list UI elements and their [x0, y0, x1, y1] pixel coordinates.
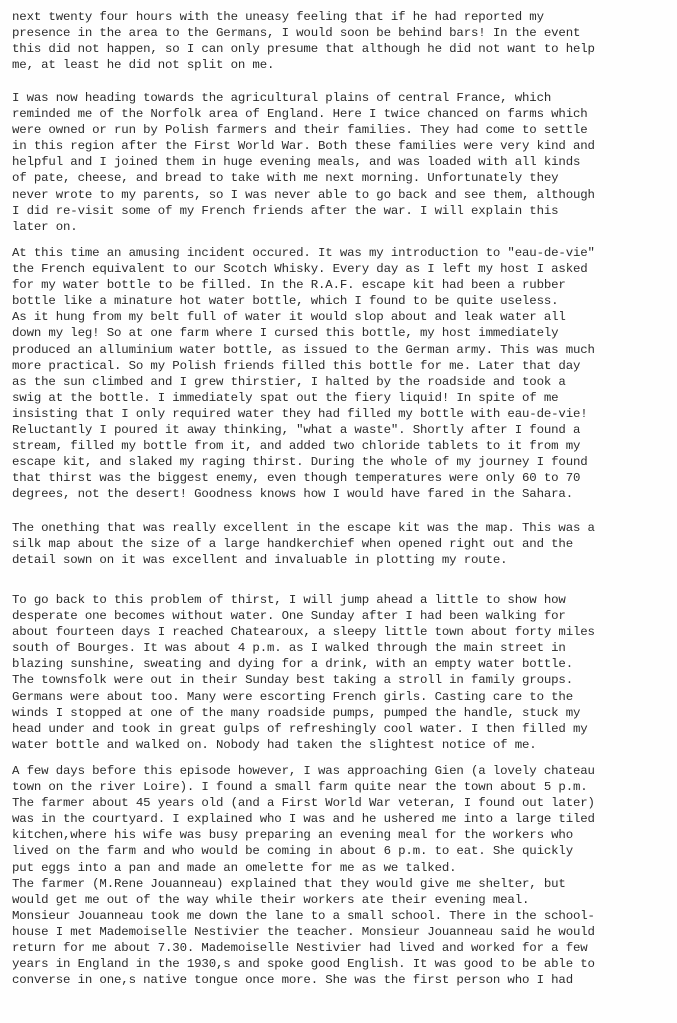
text-line: The farmer (M.Rene Jouanneau) explained …	[12, 876, 595, 892]
text-line: this did not happen, so I can only presu…	[12, 41, 595, 57]
text-line: never wrote to my parents, so I was neve…	[12, 187, 595, 203]
paragraph-4: The onething that was really excellent i…	[12, 520, 595, 568]
text-line: escape kit, and slaked my raging thirst.…	[12, 454, 595, 470]
text-line: produced an alluminium water bottle, as …	[12, 342, 595, 358]
text-line: the French equivalent to our Scotch Whis…	[12, 261, 595, 277]
text-line: A few days before this episode however, …	[12, 763, 595, 779]
text-line: head under and took in great gulps of re…	[12, 721, 595, 737]
text-line: of pate, cheese, and bread to take with …	[12, 170, 595, 186]
text-line: The farmer about 45 years old (and a Fir…	[12, 795, 595, 811]
paragraph-3: At this time an amusing incident occured…	[12, 245, 595, 503]
text-line: would get me out of the way while their …	[12, 892, 595, 908]
text-line: water bottle and walked on. Nobody had t…	[12, 737, 595, 753]
text-line: lived on the farm and who would be comin…	[12, 843, 595, 859]
text-line: Monsieur Jouanneau took me down the lane…	[12, 908, 595, 924]
text-line: stream, filled my bottle from it, and ad…	[12, 438, 595, 454]
text-line: down my leg! So at one farm where I curs…	[12, 325, 595, 341]
text-line: detail sown on it was excellent and inva…	[12, 552, 595, 568]
text-line: in this region after the First World War…	[12, 138, 595, 154]
text-line: I did re-visit some of my French friends…	[12, 203, 595, 219]
text-line: me, at least he did not split on me.	[12, 57, 595, 73]
text-line: I was now heading towards the agricultur…	[12, 90, 595, 106]
text-line: south of Bourges. It was about 4 p.m. as…	[12, 640, 595, 656]
text-line: put eggs into a pan and made an omelette…	[12, 860, 595, 876]
text-line: that thirst was the biggest enemy, even …	[12, 470, 595, 486]
text-line: were owned or run by Polish farmers and …	[12, 122, 595, 138]
document-page: next twenty four hours with the uneasy f…	[0, 0, 677, 1023]
paragraph-2: I was now heading towards the agricultur…	[12, 90, 595, 235]
text-line: kitchen,where his wife was busy preparin…	[12, 827, 595, 843]
text-line: converse in one,s native tongue once mor…	[12, 972, 595, 988]
text-line: degrees, not the desert! Goodness knows …	[12, 486, 595, 502]
text-line: To go back to this problem of thirst, I …	[12, 592, 595, 608]
text-line: presence in the area to the Germans, I w…	[12, 25, 595, 41]
text-line: blazing sunshine, sweating and dying for…	[12, 656, 595, 672]
paragraph-5: To go back to this problem of thirst, I …	[12, 592, 595, 753]
text-line: winds I stopped at one of the many roads…	[12, 705, 595, 721]
text-line: Reluctantly I poured it away thinking, "…	[12, 422, 595, 438]
text-line: reminded me of the Norfolk area of Engla…	[12, 106, 595, 122]
text-line: silk map about the size of a large handk…	[12, 536, 595, 552]
text-line: next twenty four hours with the uneasy f…	[12, 9, 595, 25]
text-line: The townsfolk were out in their Sunday b…	[12, 672, 595, 688]
paragraph-1: next twenty four hours with the uneasy f…	[12, 9, 595, 73]
text-line: Germans were about too. Many were escort…	[12, 689, 595, 705]
text-line: return for me about 7.30. Mademoiselle N…	[12, 940, 595, 956]
text-line: The onething that was really excellent i…	[12, 520, 595, 536]
text-line: years in England in the 1930,s and spoke…	[12, 956, 595, 972]
text-line: As it hung from my belt full of water it…	[12, 309, 595, 325]
text-line: later on.	[12, 219, 595, 235]
text-line: At this time an amusing incident occured…	[12, 245, 595, 261]
text-line: town on the river Loire). I found a smal…	[12, 779, 595, 795]
text-line: desperate one becomes without water. One…	[12, 608, 595, 624]
text-line: for my water bottle to be filled. In the…	[12, 277, 595, 293]
text-line: insisting that I only required water the…	[12, 406, 595, 422]
text-line: about fourteen days I reached Chatearoux…	[12, 624, 595, 640]
text-line: more practical. So my Polish friends fil…	[12, 358, 595, 374]
text-line: swig at the bottle. I immediately spat o…	[12, 390, 595, 406]
text-line: house I met Mademoiselle Nestivier the t…	[12, 924, 595, 940]
text-line: helpful and I joined them in huge evenin…	[12, 154, 595, 170]
paragraph-6: A few days before this episode however, …	[12, 763, 595, 988]
text-line: as the sun climbed and I grew thirstier,…	[12, 374, 595, 390]
text-line: was in the courtyard. I explained who I …	[12, 811, 595, 827]
text-line: bottle like a minature hot water bottle,…	[12, 293, 595, 309]
